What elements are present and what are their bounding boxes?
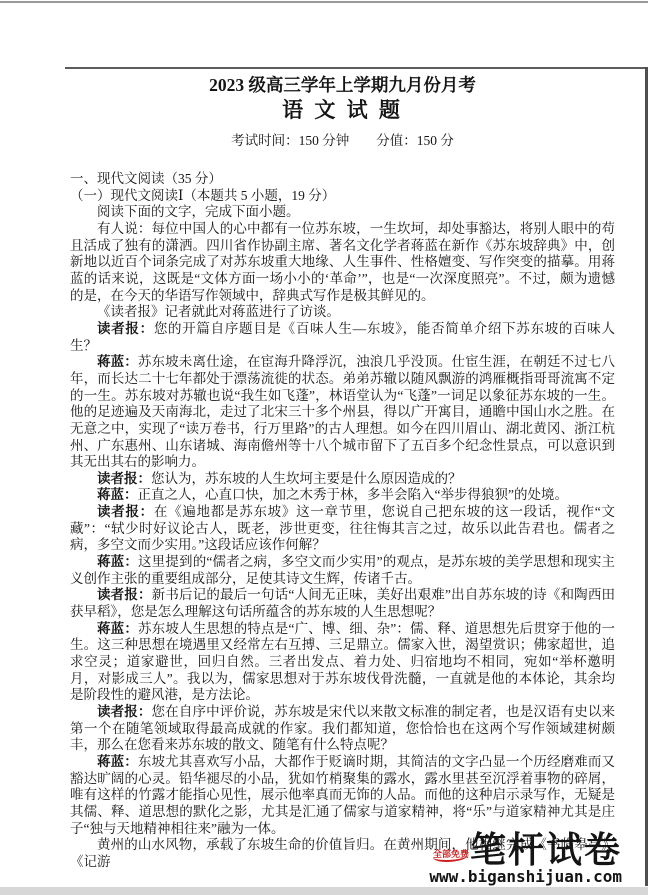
exam-info: 考试时间：150 分钟 分值：150 分 bbox=[70, 132, 615, 150]
paragraph: 读者报：在《遍地都是苏东坡》这一章节里，您说自己把东坡的这一段话，视作“文藏”：… bbox=[70, 504, 615, 554]
header-divider-line bbox=[65, 67, 648, 69]
paragraph: 读者报：新书后记的最后一句话“人间无正味，美好出艰难”出自苏东坡的诗《和陶西田获… bbox=[70, 587, 615, 620]
free-badge: 全部免费 bbox=[433, 849, 469, 862]
paragraph: 读者报：您的开篇自序题目是《百味人生—东坡》，能否简单介绍下苏东坡的百味人生？ bbox=[70, 321, 615, 354]
paragraph-text: 苏东坡人生思想的特点是“广、博、细、杂”：儒、释、道思想先后贯穿于他的一生。这三… bbox=[70, 621, 615, 703]
paragraph-text: 阅读下面的文字，完成下面小题。 bbox=[97, 204, 300, 219]
paragraph-text: 苏东坡未离仕途，在宦海升降浮沉，浊浪几乎没顶。仕宦生涯，在朝廷不过七八年，而长达… bbox=[70, 354, 615, 469]
paragraph: 蒋蓝：苏东坡人生思想的特点是“广、博、细、杂”：儒、释、道思想先后贯穿于他的一生… bbox=[70, 621, 615, 704]
paragraph-text: 您在自序中评价说，苏东坡是宋代以来散文标准的制定者，也是汉语有史以来第一个在随笔… bbox=[70, 704, 615, 752]
paragraph-text: 新书后记的最后一句话“人间无正味，美好出艰难”出自苏东坡的诗《和陶西田获早稻》，… bbox=[70, 587, 615, 619]
paragraph: 读者报：您在自序中评价说，苏东坡是宋代以来散文标准的制定者，也是汉语有史以来第一… bbox=[70, 704, 615, 754]
paragraph: 有人说：每位中国人的心中都有一位苏东坡，一生坎坷，却处事豁达，将别人眼中的苟且活… bbox=[70, 221, 615, 304]
paragraph: 蒋蓝：这里提到的“儒者之病，多空文而少实用”的观点，是苏东坡的美学思想和现实主义… bbox=[70, 554, 615, 587]
section-heading: 一、现代文阅读（35 分） bbox=[70, 171, 615, 188]
exam-header: 2023 级高三学年上学期九月份月考 语 文 试 题 考试时间：150 分钟 分… bbox=[70, 75, 615, 150]
paragraph-text: 这里提到的“儒者之病，多空文而少实用”的观点，是苏东坡的美学思想和现实主义创作主… bbox=[70, 554, 615, 586]
speaker-label: 读者报： bbox=[97, 321, 154, 336]
paragraph-text: 《读者报》记者就此对蒋蓝进行了访谈。 bbox=[97, 304, 340, 319]
speaker-label: 读者报： bbox=[97, 471, 151, 486]
speaker-label: 蒋蓝： bbox=[97, 554, 138, 569]
speaker-label: 读者报： bbox=[97, 704, 152, 719]
subsection-heading: （一）现代文阅读Ⅰ（本题共 5 小题，19 分） bbox=[70, 188, 615, 205]
exam-subtitle: 语 文 试 题 bbox=[70, 97, 615, 123]
exam-paper-page: 2023 级高三学年上学期九月份月考 语 文 试 题 考试时间：150 分钟 分… bbox=[0, 0, 648, 895]
paragraph-text: 您认为，苏东坡的人生坎坷主要是什么原因造成的？ bbox=[151, 471, 462, 486]
body-text: 一、现代文阅读（35 分） （一）现代文阅读Ⅰ（本题共 5 小题，19 分） 阅… bbox=[70, 171, 615, 871]
speaker-label: 读者报： bbox=[97, 587, 152, 602]
paragraph: 读者报：您认为，苏东坡的人生坎坷主要是什么原因造成的？ bbox=[70, 471, 615, 488]
watermark-url: www.biganshijuan.com bbox=[429, 868, 622, 886]
speaker-label: 蒋蓝： bbox=[97, 354, 138, 369]
speaker-label: 蒋蓝： bbox=[97, 621, 138, 636]
speaker-label: 读者报： bbox=[97, 504, 154, 519]
paragraph-text: 正直之人，心直口快，加之木秀于林，多半会陷入“举步得狼狈”的处境。 bbox=[138, 487, 568, 502]
bottom-scan-strip bbox=[0, 887, 648, 895]
paragraph: 蒋蓝：苏东坡未离仕途，在宦海升降浮沉，浊浪几乎没顶。仕宦生涯，在朝廷不过七八年，… bbox=[70, 354, 615, 471]
paragraph-text: 东坡尤其喜欢写小品，大都作于贬谪时期，其简洁的文字凸显一个历经磨难而又豁达旷阔的… bbox=[70, 754, 615, 836]
paragraph: 《读者报》记者就此对蒋蓝进行了访谈。 bbox=[70, 304, 615, 321]
paragraph-text: 有人说：每位中国人的心中都有一位苏东坡，一生坎坷，却处事豁达，将别人眼中的苟且活… bbox=[70, 221, 615, 303]
exam-title: 2023 级高三学年上学期九月份月考 bbox=[70, 75, 615, 95]
watermark-brand: 笔杆试卷 bbox=[470, 833, 622, 867]
speaker-label: 蒋蓝： bbox=[97, 487, 138, 502]
top-border-line bbox=[0, 1, 648, 3]
speaker-label: 蒋蓝： bbox=[97, 754, 138, 769]
watermark: 全部免费 笔杆试卷 www.biganshijuan.com bbox=[429, 833, 622, 886]
paragraph: 阅读下面的文字，完成下面小题。 bbox=[70, 204, 615, 221]
paragraph: 蒋蓝：东坡尤其喜欢写小品，大都作于贬谪时期，其简洁的文字凸显一个历经磨难而又豁达… bbox=[70, 754, 615, 837]
paragraph: 蒋蓝：正直之人，心直口快，加之木秀于林，多半会陷入“举步得狼狈”的处境。 bbox=[70, 487, 615, 504]
